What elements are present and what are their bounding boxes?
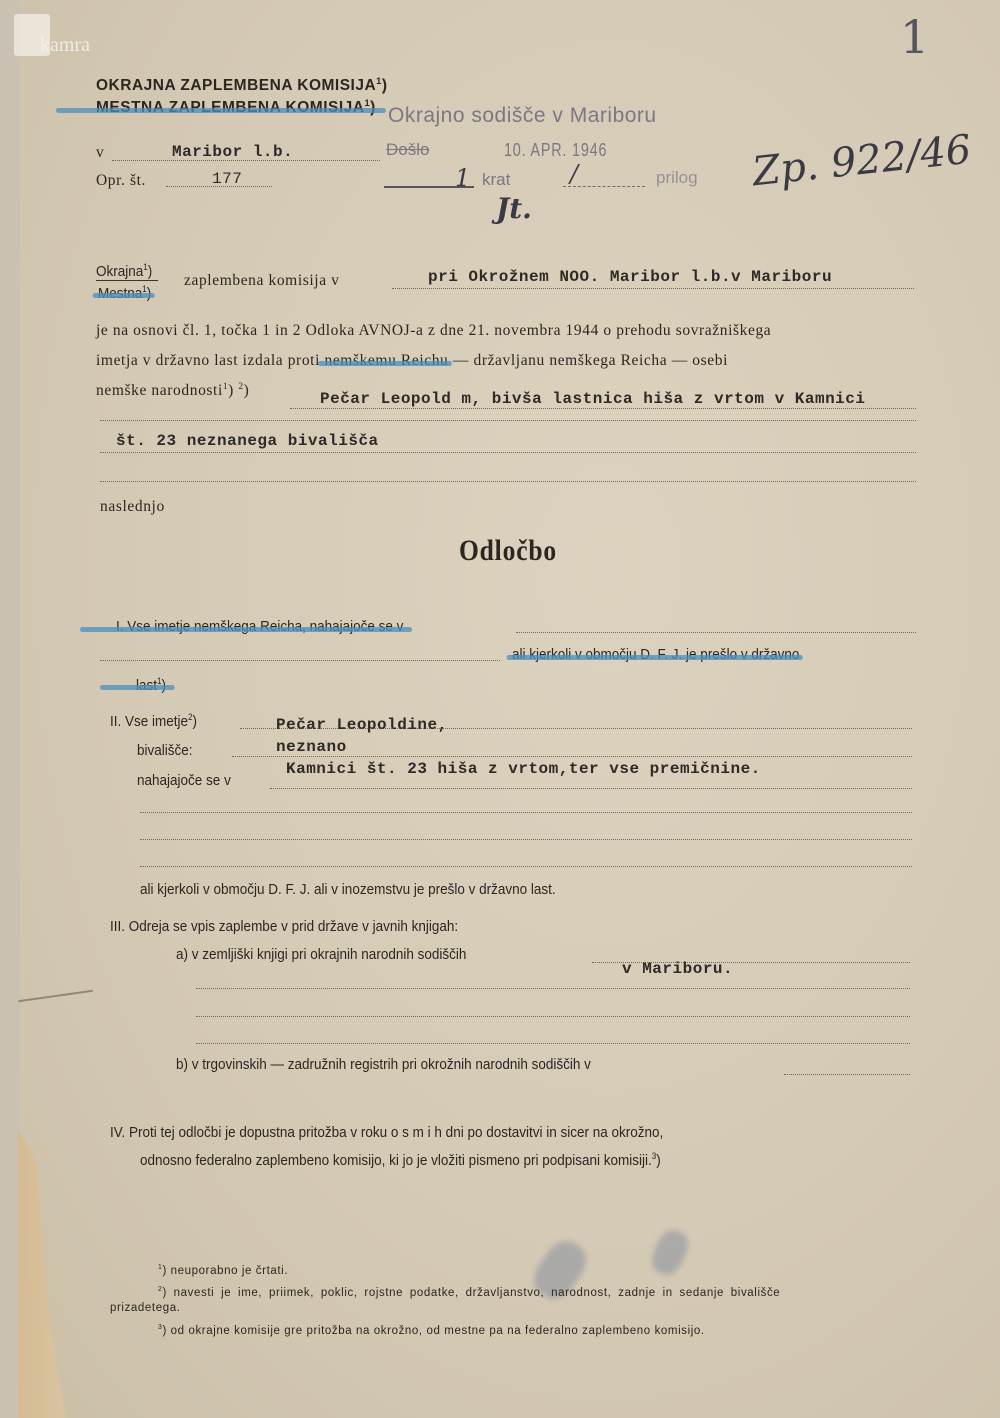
header-line-okrajna: OKRAJNA ZAPLEMBENA KOMISIJA1) bbox=[96, 76, 388, 95]
following-text: naslednjo bbox=[100, 498, 165, 516]
reference-value: 177 bbox=[212, 170, 242, 188]
footnote-1: 1) neuporabno je črtati. bbox=[158, 1264, 288, 1277]
stamp-copies-label: krat bbox=[482, 170, 510, 190]
section-2-residence-value: neznano bbox=[276, 738, 347, 756]
section-2-residence-field bbox=[232, 756, 912, 757]
section-2-location-value: Kamnici št. 23 hiša z vrtom,ter vse prem… bbox=[286, 760, 761, 778]
struck-nemskemu-reichu: nemškemu Reichu bbox=[324, 352, 448, 370]
option-okrajna: Okrajna1) bbox=[96, 262, 158, 281]
section-4-line-1: IV. Proti tej odločbi je dopustna pritož… bbox=[110, 1124, 663, 1141]
section-3-heading: III. Odreja se vpis zaplembe v prid drža… bbox=[110, 918, 458, 935]
footnote-3: 3) od okrajne komisije gre pritožba na o… bbox=[158, 1324, 705, 1337]
reference-label: Opr. št. bbox=[96, 172, 146, 190]
section-2-extra-line-1 bbox=[140, 812, 912, 813]
section-2-extra-line-3 bbox=[140, 866, 912, 867]
stamp-received-date: 10. APR. 1946 bbox=[504, 140, 607, 161]
section-3a-line-4 bbox=[196, 1043, 910, 1044]
section-3b-field bbox=[784, 1074, 910, 1075]
commission-field-line bbox=[392, 288, 914, 289]
person-field-line-1 bbox=[290, 408, 916, 409]
stamp-received-label: Došlo bbox=[386, 140, 429, 160]
section-3a-label: a) v zemljiški knjigi pri okrajnih narod… bbox=[176, 946, 466, 963]
person-field-line-3 bbox=[100, 452, 916, 453]
para-line-3: nemške narodnosti1) 2) bbox=[96, 382, 249, 400]
person-typed-line-2: št. 23 neznanega bivališča bbox=[116, 432, 379, 450]
section-2-closing: ali kjerkoli v območju D. F. J. ali v in… bbox=[140, 881, 556, 898]
option-mestna-struck: Mestna1) bbox=[98, 284, 151, 302]
person-typed-line-1: Pečar Leopold m, bivša lastnica hiša z v… bbox=[320, 390, 865, 408]
section-2-property-label: II. Vse imetje2) bbox=[110, 712, 197, 730]
place-label: v bbox=[96, 144, 104, 162]
kamra-logo-text: kamra bbox=[40, 34, 90, 57]
person-field-line-2 bbox=[100, 420, 916, 421]
section-3a-line-3 bbox=[196, 1016, 910, 1017]
stamp-copies-value: 1 bbox=[455, 164, 470, 192]
place-value: Maribor l.b. bbox=[172, 143, 293, 161]
section-2-location-label: nahajajoče se v bbox=[137, 772, 231, 789]
section-1-field-line-1 bbox=[516, 632, 916, 633]
section-1-field-line-2 bbox=[100, 660, 500, 661]
footnote-2-continuation: prizadetega. bbox=[110, 1302, 181, 1314]
section-3a-value: v Mariboru. bbox=[622, 960, 733, 978]
footnote-2: 2) navesti je ime, priimek, poklic, rojs… bbox=[158, 1286, 780, 1299]
section-2-residence-label: bivališče: bbox=[137, 742, 193, 759]
commission-location: pri Okrožnem NOO. Maribor l.b.v Mariboru bbox=[428, 268, 832, 286]
stamp-attachments-label: prilog bbox=[656, 168, 698, 188]
scan-left-edge bbox=[0, 0, 21, 1418]
section-2-extra-line-2 bbox=[140, 839, 912, 840]
section-3b-label: b) v trgovinskih — zadružnih registrih p… bbox=[176, 1056, 591, 1073]
section-2-property-value: Pečar Leopoldine, bbox=[276, 716, 448, 734]
section-1-line-3: last1) bbox=[136, 676, 166, 694]
section-3a-line-2 bbox=[196, 988, 910, 989]
decision-title: Odločbo bbox=[76, 534, 940, 568]
person-field-line-4 bbox=[100, 481, 916, 482]
header-line-mestna-struck: MESTNA ZAPLEMBENA KOMISIJA1) bbox=[96, 98, 376, 117]
section-1-line-1: I. Vse imetje nemškega Reicha, nahajajoč… bbox=[116, 618, 403, 635]
commission-text: zaplembena komisija v bbox=[184, 272, 340, 290]
page-number-handwritten: 1 bbox=[900, 10, 929, 64]
stamp-initials: Jt. bbox=[496, 192, 532, 225]
para-line-2: imetja v državno last izdala proti nemšk… bbox=[96, 352, 728, 370]
para-line-1: je na osnovi čl. 1, točka 1 in 2 Odloka … bbox=[96, 322, 771, 340]
section-2-location-field bbox=[270, 788, 912, 789]
section-1-line-2: ali kjerkoli v območju D. F. J. je prešl… bbox=[512, 646, 799, 663]
section-4-line-2: odnosno federalno zaplembeno komisijo, k… bbox=[140, 1151, 661, 1169]
court-stamp-title: Okrajno sodišče v Mariboru bbox=[388, 104, 657, 128]
stamp-attachments-value: / bbox=[570, 160, 578, 188]
